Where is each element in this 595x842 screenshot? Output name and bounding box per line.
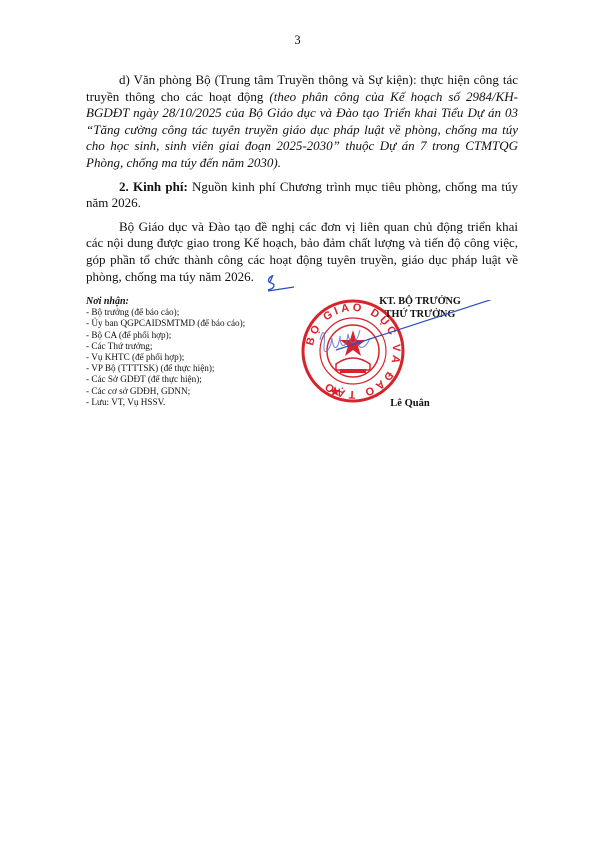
recipient-item: - Bộ CA (để phối hợp); xyxy=(86,330,245,341)
recipient-item: - Bộ trưởng (để báo cáo); xyxy=(86,307,245,318)
paragraph-kinh-phi: 2. Kinh phí: Nguồn kinh phí Chương trình… xyxy=(86,179,518,212)
signer-name: Lê Quân xyxy=(370,398,450,409)
recipient-item: - Lưu: VT, Vụ HSSV. xyxy=(86,397,245,408)
recipient-item: - VP Bộ (TTTTSK) (để thực hiện); xyxy=(86,363,245,374)
recipient-item: - Các cơ sở GDĐH, GDNN; xyxy=(86,386,245,397)
signature-title-line1: KT. BỘ TRƯỞNG xyxy=(350,296,490,309)
signature-title-block: KT. BỘ TRƯỞNG THỨ TRƯỞNG xyxy=(350,296,490,321)
recipients-title: Nơi nhận: xyxy=(86,296,245,307)
recipient-item: - Các Sở GDĐT (để thực hiện); xyxy=(86,374,245,385)
initial-mark-icon xyxy=(258,272,298,294)
section-heading: 2. Kinh phí: xyxy=(119,179,188,194)
recipient-item: - Các Thứ trưởng; xyxy=(86,341,245,352)
document-body: d) Văn phòng Bộ (Trung tâm Truyền thông … xyxy=(86,72,518,292)
recipient-item: - Vụ KHTC (để phối hợp); xyxy=(86,352,245,363)
recipients-list: Nơi nhận: - Bộ trưởng (để báo cáo); - Ủy… xyxy=(86,296,245,408)
signature-title-line2: THỨ TRƯỞNG xyxy=(350,309,490,322)
paragraph-de-nghi: Bộ Giáo dục và Đào tạo đề nghị các đơn v… xyxy=(86,219,518,285)
page-number: 3 xyxy=(0,33,595,48)
paragraph-van-phong-bo: d) Văn phòng Bộ (Trung tâm Truyền thông … xyxy=(86,72,518,172)
recipient-item: - Ủy ban QGPCAIDSMTMD (để báo cáo); xyxy=(86,318,245,329)
